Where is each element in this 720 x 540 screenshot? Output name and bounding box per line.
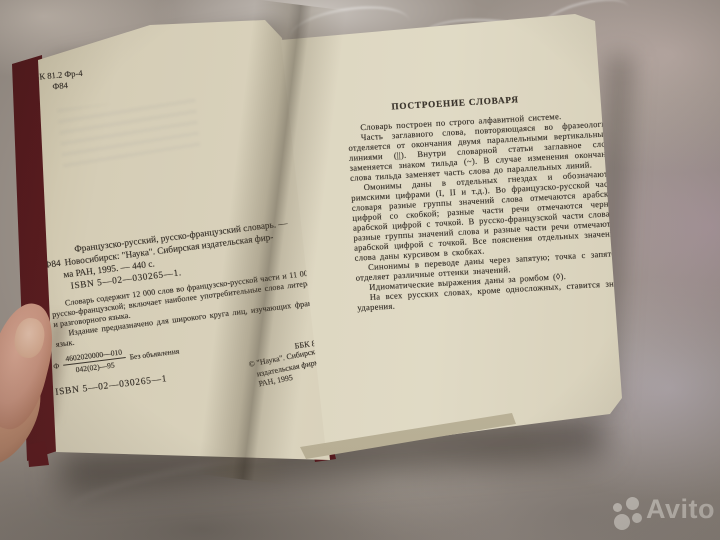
catalog-number-fraction: 4602020000—010 042(02)—95	[62, 347, 127, 376]
book-photo-scene: ББК 81.2 Фр-4 Ф84 Французско-русский, ру…	[0, 0, 720, 540]
page-heading: ПОСТРОЕНИЕ СЛОВАРЯ	[346, 92, 564, 114]
avito-circles-icon	[613, 503, 622, 512]
dictionary-structure-text: ПОСТРОЕНИЕ СЛОВАРЯ Словарь построен по с…	[346, 89, 623, 313]
body-paragraph: Омонимы даны в отдельных гнездах и обозн…	[350, 168, 620, 263]
watermark-brand-text: Avito	[646, 494, 715, 525]
show-through-text-ghost	[57, 95, 200, 167]
catalog-number-note: Без объявления	[129, 346, 180, 361]
avito-circles-icon	[614, 514, 630, 530]
avito-watermark: Avito	[606, 492, 718, 538]
author-sign-line: Ф84	[52, 79, 84, 93]
avito-circles-icon	[626, 497, 639, 510]
avito-circles-icon	[632, 513, 642, 523]
isbn-bottom-line: ISBN 5—02—030265—1	[55, 374, 168, 398]
